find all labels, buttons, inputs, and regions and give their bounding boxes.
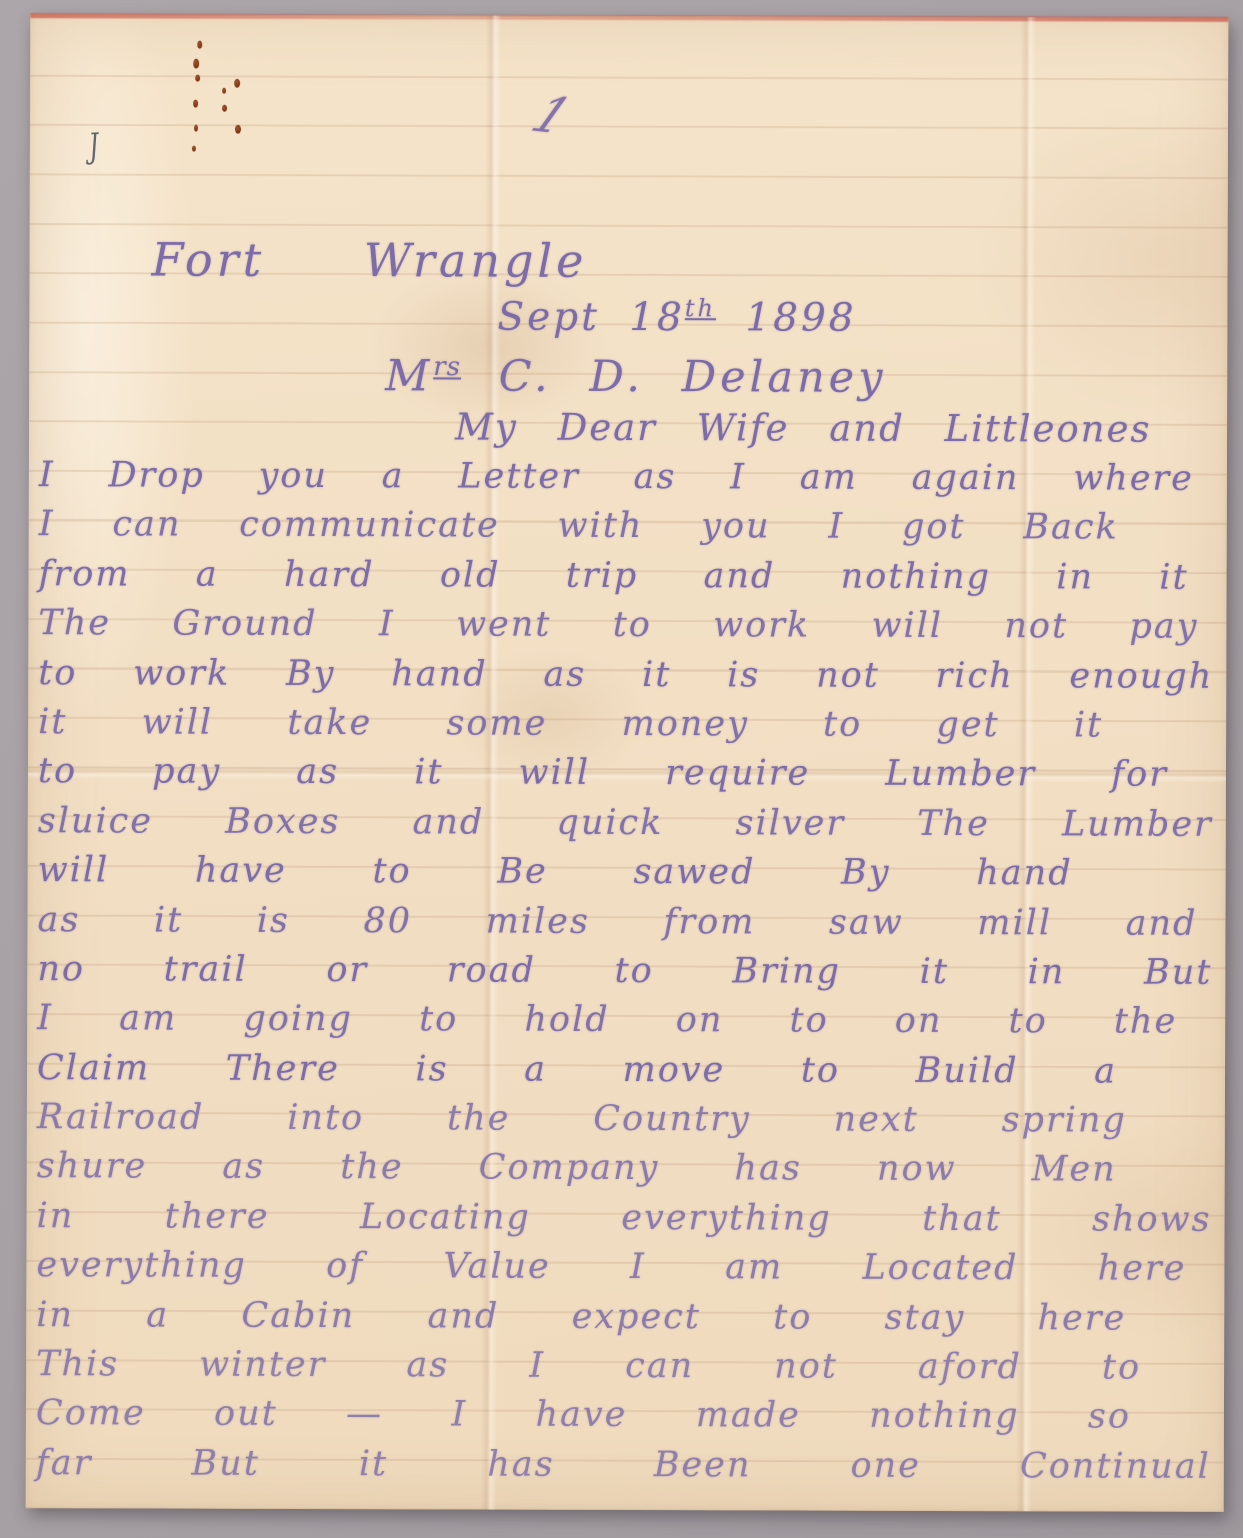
letter-line: it will take some money to get it <box>38 698 1103 751</box>
letter-line: I can communicate with you I got Back <box>39 501 1119 554</box>
letter-line: in a Cabin and expect to stay here <box>36 1291 1126 1344</box>
letter-date-year: 1898 <box>745 295 856 340</box>
scan-background: J 1 Fort Wrangle Sept 18th 1898 Mrs C. D… <box>0 0 1243 1538</box>
letter-line: The Ground I went to work will not pay <box>38 599 1198 652</box>
rust-stain-dot <box>192 146 196 152</box>
letter-place: Fort Wrangle <box>151 233 587 288</box>
letter-line: as it is 80 miles from saw mill and <box>37 896 1197 949</box>
letter-line: to pay as it will require Lumber for <box>38 747 1168 800</box>
page-top-edge <box>30 13 1228 22</box>
letter-line: in there Locating everything that shows <box>36 1192 1211 1245</box>
letter-page: J 1 Fort Wrangle Sept 18th 1898 Mrs C. D… <box>26 14 1229 1512</box>
rust-stain-dot <box>197 41 202 49</box>
letter-date: Sept 18th 1898 <box>497 294 856 341</box>
rust-stain-dot <box>222 105 227 112</box>
letter-recipient-title-sup: rs <box>433 352 461 382</box>
rust-stain-dot <box>235 125 241 134</box>
letter-recipient: Mrs C. D. Delaney <box>385 351 886 403</box>
letter-line: will have to Be sawed By hand <box>38 846 1073 899</box>
letter-line: shure as the Company has now Men <box>37 1143 1117 1196</box>
letter-date-ordinal: th <box>685 294 716 322</box>
rust-stain-dot <box>193 100 198 108</box>
rust-stain-dot <box>195 75 200 82</box>
letter-body: I Drop you a Letter as I am again where … <box>36 451 1211 1492</box>
rust-stain-dot <box>222 88 226 94</box>
page-number: 1 <box>523 86 581 145</box>
letter-line: everything of Value I am Located here <box>36 1241 1186 1294</box>
letter-line: Come out — I have made nothing so <box>36 1390 1131 1443</box>
rust-stain-dot <box>234 79 240 88</box>
rust-stain-dot <box>193 59 199 69</box>
letter-line: no trail or road to Bring it in But <box>37 945 1212 998</box>
pen-mark: J <box>88 126 100 167</box>
letter-line: Claim There is a move to Build a <box>37 1044 1117 1097</box>
letter-line: I am going to hold on to on to the <box>37 994 1177 1047</box>
rust-stain-dot <box>194 125 198 132</box>
letter-recipient-name: C. D. Delaney <box>499 352 887 403</box>
letter-line: to work By hand as it is not rich enough <box>38 649 1213 702</box>
letter-line: This winter as I can not aford to <box>36 1340 1141 1393</box>
letter-date-day: Sept 18 <box>497 295 685 341</box>
letter-line: from a hard old trip and nothing in it <box>39 550 1189 603</box>
letter-line: sluice Boxes and quick silver The Lumber <box>38 797 1213 850</box>
letter-line: far But it has Been one Continual <box>36 1439 1211 1492</box>
letter-line: I Drop you a Letter as I am again where <box>39 451 1194 504</box>
letter-recipient-title: M <box>385 351 433 401</box>
letter-salutation: My Dear Wife and Littleones <box>455 405 1152 450</box>
letter-line: Railroad into the Country next spring <box>37 1093 1127 1146</box>
